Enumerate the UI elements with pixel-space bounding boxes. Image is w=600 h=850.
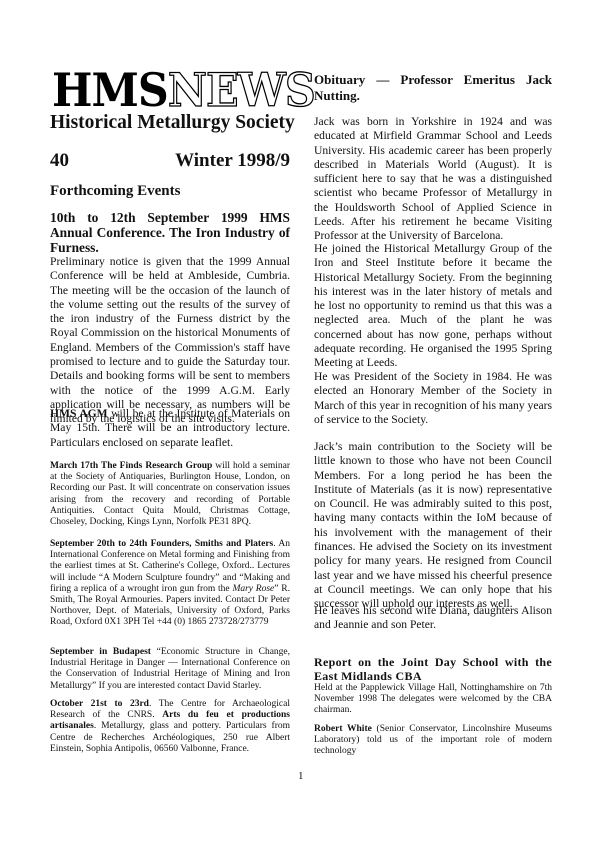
issue-date: Winter 1998/9 <box>175 150 290 172</box>
obituary-paragraph: Jack was born in Yorkshire in 1924 and w… <box>314 115 552 244</box>
obituary-heading: Obituary — Professor Emeritus Jack Nutti… <box>314 72 552 104</box>
speaker-name: Robert White <box>314 724 372 734</box>
report-intro: Held at the Papplewick Village Hall, Not… <box>314 683 552 717</box>
event-lead: March 17th The Finds Research Group <box>50 461 212 471</box>
event-item: September 20th to 24th Founders, Smiths … <box>50 539 290 629</box>
page-number: 1 <box>298 770 304 782</box>
event-item: September in Budapest “Economic Structur… <box>50 647 290 692</box>
conference-notice: 10th to 12th September 1999 HMS Annual C… <box>50 210 290 427</box>
event-item: October 21st to 23rd. The Centre for Arc… <box>50 699 290 755</box>
conference-body: Preliminary notice is given that the 199… <box>50 255 290 427</box>
report-heading: Report on the Joint Day School with the … <box>314 655 552 683</box>
society-name: Historical Metallurgy Society <box>50 112 295 134</box>
hms-news-logo: HMSNEWS <box>52 70 315 110</box>
obituary-paragraph: He was President of the Society in 1984.… <box>314 370 552 427</box>
obituary-paragraph: He joined the Historical Metallurgy Grou… <box>314 242 552 371</box>
obituary-paragraph: Jack’s main contribution to the Society … <box>314 440 552 612</box>
logo-solid-text: HMS <box>52 63 168 117</box>
logo-outline-text: NEWS <box>168 63 315 117</box>
event-italic-title: Mary Rose <box>232 584 274 594</box>
event-lead: September 20th to 24th Founders, Smiths … <box>50 539 273 549</box>
conference-heading: 10th to 12th September 1999 HMS Annual C… <box>50 210 290 255</box>
issue-number: 40 <box>50 150 69 172</box>
issue-row: 40 Winter 1998/9 <box>50 150 290 172</box>
event-item: March 17th The Finds Research Group will… <box>50 461 290 528</box>
report-speaker: Robert White (Senior Conservator, Lincol… <box>314 724 552 758</box>
agm-lead: HMS AGM <box>50 407 108 420</box>
obituary-paragraph: He leaves his second wife Diana, daughte… <box>314 604 552 633</box>
section-title: Forthcoming Events <box>50 183 180 200</box>
event-lead: September in Budapest <box>50 647 151 657</box>
agm-notice: HMS AGM will be at the Institute of Mate… <box>50 407 290 450</box>
obituary-heading-block: Obituary — Professor Emeritus Jack Nutti… <box>314 72 552 104</box>
report-block: Report on the Joint Day School with the … <box>314 655 552 717</box>
event-lead: October 21st to 23rd <box>50 699 149 709</box>
